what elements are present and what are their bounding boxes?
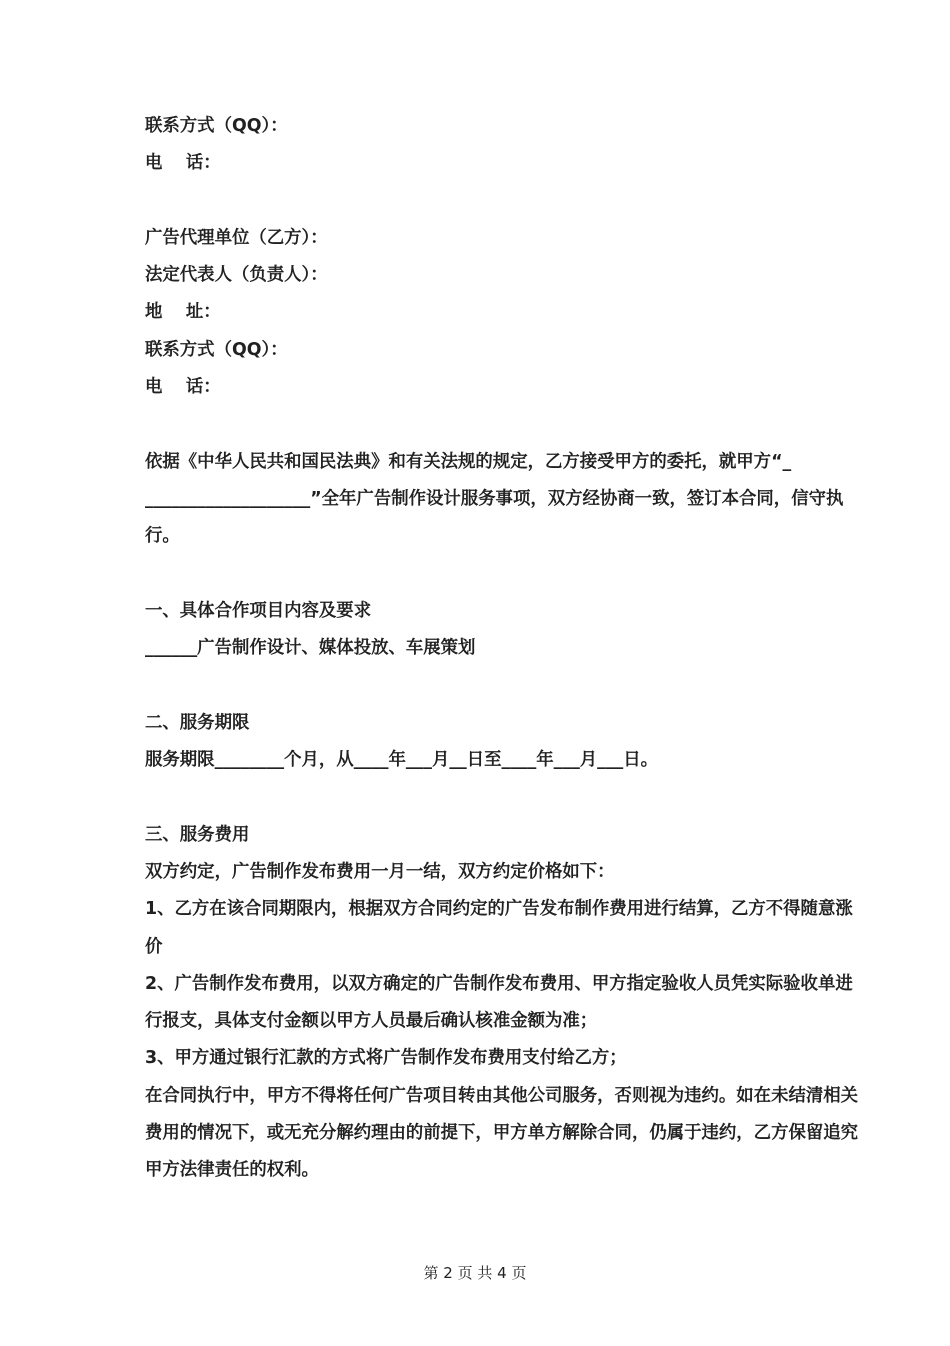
blank-line: [145, 183, 915, 220]
document-line: 依据《中华人民共和国民法典》和有关法规的规定，乙方接受甲方的委托，就甲方“_: [145, 444, 915, 481]
document-line: 2、广告制作发布费用，以双方确定的广告制作发布费用、甲方指定验收人员凭实际验收单…: [145, 966, 915, 1003]
document-line: 价: [145, 929, 915, 966]
document-body: 联系方式（QQ）：电 话： 广告代理单位（乙方）：法定代表人（负责人）：地 址：…: [145, 108, 915, 1190]
page-number-text: 第 2 页 共 4 页: [424, 1264, 527, 1282]
document-line: 在合同执行中，甲方不得将任何广告项目转由其他公司服务，否则视为违约。如在未结清相…: [145, 1078, 915, 1115]
document-line: 二、服务期限: [145, 705, 915, 742]
document-line: 3、甲方通过银行汇款的方式将广告制作发布费用支付给乙方；: [145, 1040, 915, 1077]
document-line: 广告代理单位（乙方）：: [145, 220, 915, 257]
document-line: 双方约定，广告制作发布费用一月一结，双方约定价格如下：: [145, 854, 915, 891]
blank-line: [145, 406, 915, 443]
blank-line: [145, 556, 915, 593]
document-line: 1、乙方在该合同期限内，根据双方合同约定的广告发布制作费用进行结算，乙方不得随意…: [145, 891, 915, 928]
blank-line: [145, 667, 915, 704]
page-footer: 第 2 页 共 4 页: [0, 1258, 950, 1288]
document-line: ______广告制作设计、媒体投放、车展策划: [145, 630, 915, 667]
document-line: ___________________”全年广告制作设计服务事项，双方经协商一致…: [145, 481, 915, 518]
document-line: 法定代表人（负责人）：: [145, 257, 915, 294]
document-line: 地 址：: [145, 294, 915, 331]
document-line: 费用的情况下，或无充分解约理由的前提下，甲方单方解除合同，仍属于违约，乙方保留追…: [145, 1115, 915, 1152]
document-line: 联系方式（QQ）：: [145, 332, 915, 369]
document-line: 甲方法律责任的权利。: [145, 1152, 915, 1189]
blank-line: [145, 779, 915, 816]
document-page: 联系方式（QQ）：电 话： 广告代理单位（乙方）：法定代表人（负责人）：地 址：…: [0, 0, 950, 1346]
document-line: 服务期限________个月，从____年___月__日至____年___月__…: [145, 742, 915, 779]
document-line: 电 话：: [145, 369, 915, 406]
document-line: 电 话：: [145, 145, 915, 182]
document-line: 三、服务费用: [145, 817, 915, 854]
document-line: 一、具体合作项目内容及要求: [145, 593, 915, 630]
document-line: 行。: [145, 518, 915, 555]
document-line: 行报支，具体支付金额以甲方人员最后确认核准金额为准；: [145, 1003, 915, 1040]
document-line: 联系方式（QQ）：: [145, 108, 915, 145]
